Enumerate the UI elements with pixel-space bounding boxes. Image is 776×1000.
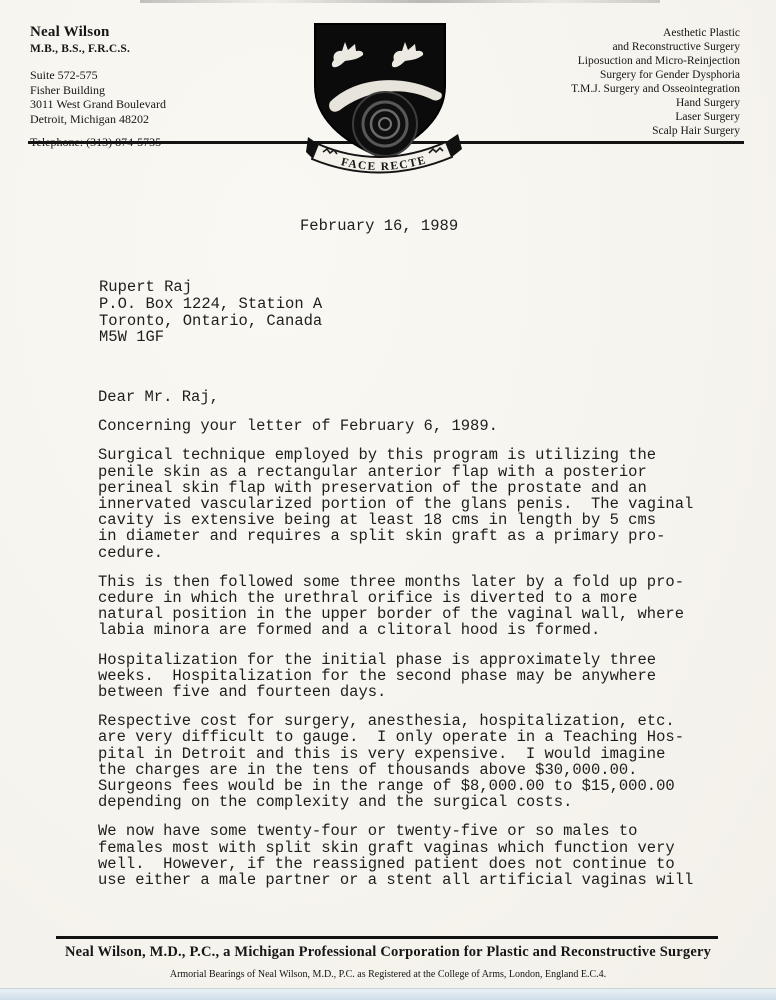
recipient-address: Rupert Raj P.O. Box 1224, Station A Toro…	[99, 279, 322, 346]
body-paragraph: Hospitalization for the initial phase is…	[98, 652, 723, 701]
specialty-item: Laser Surgery	[571, 110, 740, 124]
body-paragraph: Surgical technique employed by this prog…	[98, 447, 723, 560]
body-paragraph: We now have some twenty-four or twenty-f…	[98, 823, 723, 888]
specialty-item: T.M.J. Surgery and Osseointegration	[571, 82, 740, 96]
body-paragraph: Respective cost for surgery, anesthesia,…	[98, 713, 723, 810]
doctor-credentials: M.B., B.S., F.R.C.S.	[30, 43, 166, 56]
coat-of-arms: FACE RECTE	[306, 10, 470, 186]
letter-page: Neal Wilson M.B., B.S., F.R.C.S. Suite 5…	[0, 0, 776, 1000]
address-line: Detroit, Michigan 48202	[30, 112, 166, 127]
specialty-item: Scalp Hair Surgery	[571, 124, 740, 138]
letterhead-left: Neal Wilson M.B., B.S., F.R.C.S. Suite 5…	[30, 24, 166, 150]
specialty-item: Aesthetic Plastic and Reconstructive Sur…	[571, 26, 740, 54]
specialty-item: Liposuction and Micro-Reinjection	[571, 54, 740, 68]
reference-line: Concerning your letter of February 6, 19…	[98, 418, 723, 434]
footer-armorial-line: Armorial Bearings of Neal Wilson, M.D., …	[0, 969, 776, 980]
specialty-item: Hand Surgery	[571, 96, 740, 110]
footer-corporation-line: Neal Wilson, M.D., P.C., a Michigan Prof…	[0, 944, 776, 961]
footer-rule	[56, 936, 718, 939]
address-line: Fisher Building	[30, 83, 166, 98]
address-line: Suite 572-575	[30, 68, 166, 83]
specialty-item: Surgery for Gender Dysphoria	[571, 68, 740, 82]
office-address: Suite 572-575 Fisher Building 3011 West …	[30, 68, 166, 126]
scan-top-smudge	[140, 0, 660, 3]
letterhead-specialties: Aesthetic Plastic and Reconstructive Sur…	[571, 26, 740, 138]
roundel	[353, 92, 417, 156]
body-paragraph: This is then followed some three months …	[98, 574, 723, 639]
scan-edge-artifact	[0, 988, 776, 1000]
letter-body: Dear Mr. Raj, Concerning your letter of …	[98, 389, 723, 901]
salutation: Dear Mr. Raj,	[98, 389, 723, 405]
doctor-name: Neal Wilson	[30, 24, 166, 41]
letter-date: February 16, 1989	[300, 217, 458, 235]
address-line: 3011 West Grand Boulevard	[30, 97, 166, 112]
